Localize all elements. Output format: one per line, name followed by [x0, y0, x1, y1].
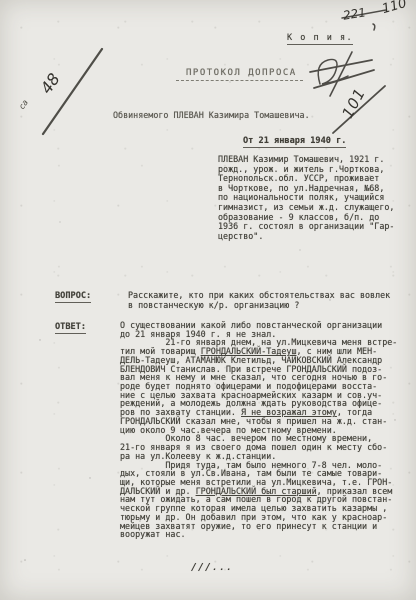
- comma-mark-stroke: [373, 24, 375, 30]
- answer-text: О существовании какой либо повстанческой…: [120, 321, 412, 539]
- biography-block: ПЛЕВАН Казимир Томашевич, 1921 г.рожд., …: [218, 155, 414, 241]
- handwritten-diagonal-number: 101: [338, 85, 369, 121]
- continuation-mark: ///...: [191, 562, 233, 573]
- answer-label: ОТВЕТ:: [55, 322, 86, 334]
- title-scribble-cross3: [330, 52, 352, 96]
- handwritten-margin-note: са: [17, 98, 30, 111]
- title-scribble-stroke: [318, 59, 348, 84]
- accused-line: Обвиняемого ПЛЕВАН Казимира Томашевича.: [113, 110, 310, 120]
- document-title: ПРОТОКОЛ ДОПРОСА: [176, 68, 303, 81]
- scanned-document-page: 110 221 48 са 101 К о п и я. ПРОТОКОЛ ДО…: [0, 0, 416, 600]
- handwritten-margin-number: 48: [37, 70, 64, 98]
- question-text: Расскажите, кто при каких обстоятельства…: [128, 290, 412, 310]
- handwritten-page-number: 110: [380, 0, 408, 17]
- date-line: От 21 января 1940 г.: [243, 136, 346, 148]
- handwritten-crossed-number: 221: [342, 5, 367, 22]
- title-scribble-cross2: [314, 70, 374, 88]
- copy-label: К о п и я.: [287, 33, 353, 45]
- question-label: ВОПРОС:: [55, 291, 91, 303]
- title-scribble-cross1: [310, 60, 372, 72]
